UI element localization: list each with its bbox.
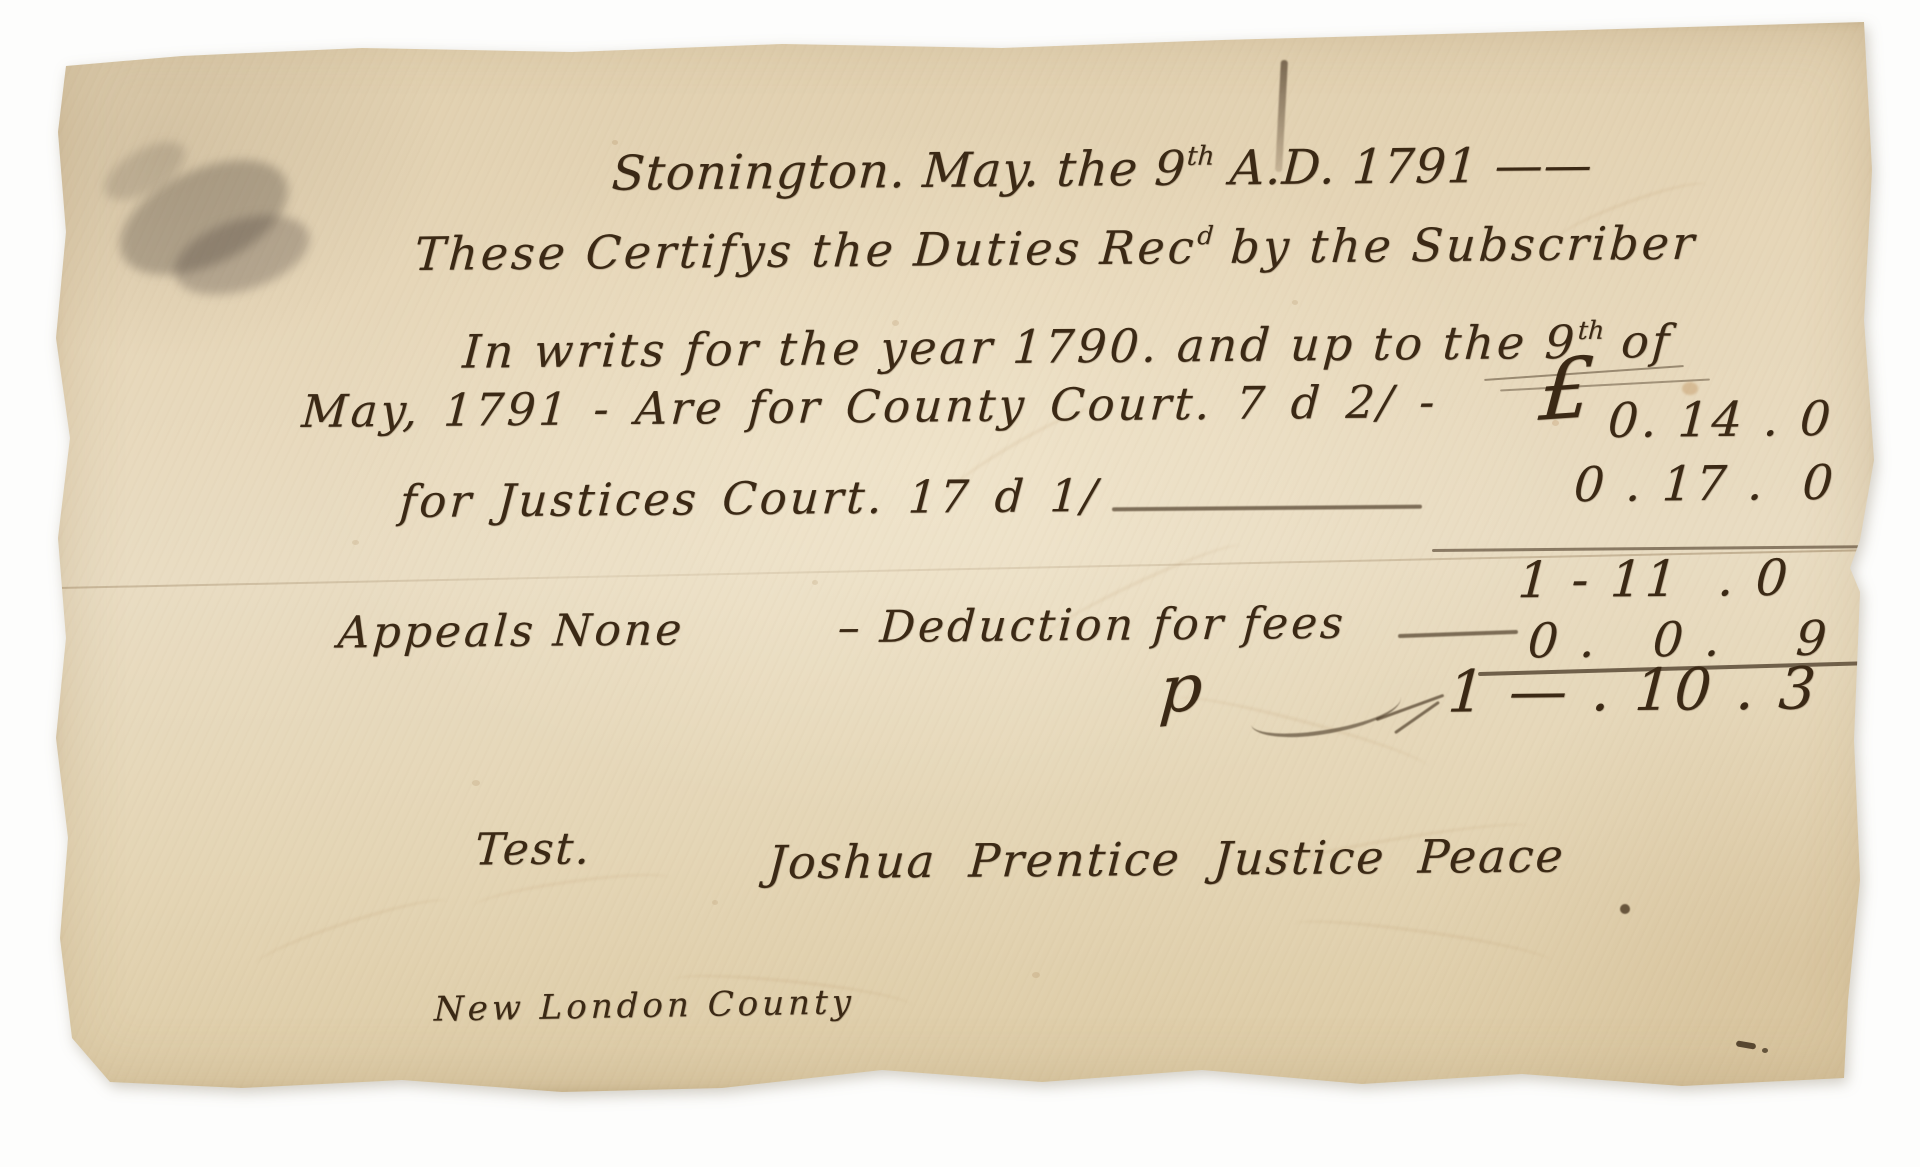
county-court-entry-label: May, 1791 - Are for County Court. 7 d 2/… [300,375,1439,438]
document-paper: Stonington. May. the 9th A.D. 1791 —— Th… [52,20,1880,1092]
justices-court-amount: 0 . 17 . 0 [1572,455,1838,513]
deduction-label: – Deduction for fees [836,598,1347,653]
writs-text: In writs for the year 1790. and up to th… [461,315,1579,379]
total-amount: 1 — . 10 . 3 [1446,654,1821,725]
appeals-label: Appeals None [336,604,686,658]
bleed-through-stroke [1291,912,1552,974]
ink-dot [1762,1048,1768,1053]
bleed-through-stroke [253,890,451,977]
fill-dash-stroke [1398,630,1518,638]
scan-background: Stonington. May. the 9th A.D. 1791 —— Th… [0,0,1920,1167]
recd-superscript: d [1196,221,1214,250]
ink-dot [1620,904,1630,914]
county-annotation: New London County [434,982,856,1029]
fill-dash-stroke [1112,505,1422,512]
writs-text-end: of [1602,314,1674,369]
paper-speck [1032,972,1040,978]
paper-speck [472,780,480,786]
ink-dash-mark [1736,1040,1757,1049]
paper-speck [712,900,718,905]
paid-mark: p [1157,648,1207,729]
subtotal-amount: 1 - 11 . 0 [1516,549,1792,609]
county-court-amount: 0. 14 . 0 [1606,391,1835,449]
paper-speck [352,540,359,545]
document-paper-shadow: Stonington. May. the 9th A.D. 1791 —— Th… [0,0,1920,1167]
justices-court-entry-label: for Justices Court. 17 d 1/ [398,469,1101,528]
paper-speck [812,580,818,585]
test-label: Test. [473,823,592,875]
justice-signature: Joshua Prentice Justice Peace [766,829,1566,890]
pen-flourish [1248,679,1404,743]
